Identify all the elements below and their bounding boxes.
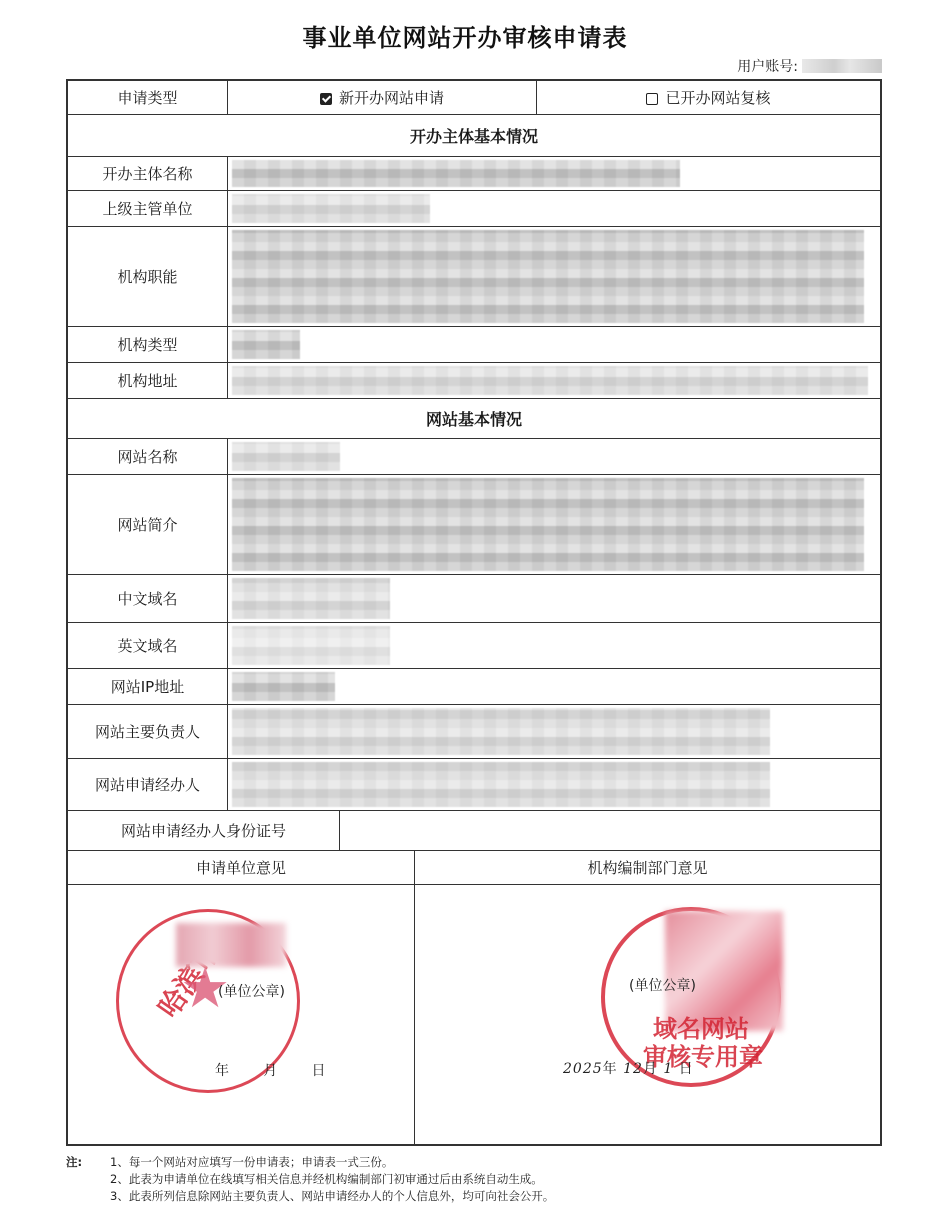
field-value-org-type bbox=[228, 327, 880, 362]
field-value-entity-name bbox=[228, 157, 880, 190]
section-header-website: 网站基本情况 bbox=[68, 399, 880, 439]
field-row: 网站主要负责人 bbox=[68, 705, 880, 759]
field-label-website-lead: 网站主要负责人 bbox=[68, 705, 228, 758]
field-label-entity-name: 开办主体名称 bbox=[68, 157, 228, 190]
field-row: 网站简介 bbox=[68, 475, 880, 575]
field-label-website-handler: 网站申请经办人 bbox=[68, 759, 228, 810]
application-type-row: 申请类型 新开办网站申请 已开办网站复核 bbox=[68, 81, 880, 115]
footnotes-lead: 注: bbox=[66, 1154, 82, 1171]
year-label: 年 bbox=[215, 1063, 231, 1079]
id-number-row: 网站申请经办人身份证号 bbox=[68, 811, 880, 851]
field-label-website-name: 网站名称 bbox=[68, 439, 228, 474]
month-label: 月 bbox=[263, 1063, 279, 1079]
handwritten-year: 2025 bbox=[563, 1061, 603, 1077]
applicant-opinion: 申请单位意见 哈滨市 ★ (单位公章) 年 月 日 bbox=[68, 851, 415, 1144]
field-label-chinese-domain: 中文域名 bbox=[68, 575, 228, 622]
month-label: 月 bbox=[643, 1061, 658, 1077]
user-account: 用户账号: bbox=[737, 56, 882, 76]
field-value-english-domain bbox=[228, 623, 880, 668]
day-label: 日 bbox=[312, 1063, 328, 1079]
authority-date: 2025年 12月 1 日 bbox=[563, 1058, 694, 1078]
field-value-website-name bbox=[228, 439, 880, 474]
field-value-id-number bbox=[340, 811, 880, 850]
field-row: 机构类型 bbox=[68, 327, 880, 363]
opinions-section: 申请单位意见 哈滨市 ★ (单位公章) 年 月 日 机构编制部门意见 (单位公章… bbox=[68, 851, 880, 1144]
footnote-item: 3、此表所列信息除网站主要负责人、网站申请经办人的个人信息外，均可向社会公开。 bbox=[110, 1188, 554, 1205]
authority-opinion-header: 机构编制部门意见 bbox=[415, 851, 880, 885]
field-label-address: 机构地址 bbox=[68, 363, 228, 398]
field-label-website-intro: 网站简介 bbox=[68, 475, 228, 574]
field-label-supervisor: 上级主管单位 bbox=[68, 191, 228, 226]
section-title-website: 网站基本情况 bbox=[68, 399, 880, 438]
field-row: 网站IP地址 bbox=[68, 669, 880, 705]
applicant-opinion-header: 申请单位意见 bbox=[68, 851, 414, 885]
day-label: 日 bbox=[679, 1061, 694, 1077]
field-value-website-intro bbox=[228, 475, 880, 574]
user-account-label: 用户账号: bbox=[737, 56, 798, 76]
field-value-supervisor bbox=[228, 191, 880, 226]
field-row: 机构地址 bbox=[68, 363, 880, 399]
year-label: 年 bbox=[603, 1061, 618, 1077]
authority-seal-label: (单位公章) bbox=[629, 975, 696, 995]
application-type-label: 申请类型 bbox=[68, 81, 228, 114]
field-value-address bbox=[228, 363, 880, 398]
field-value-ip-address bbox=[228, 669, 880, 704]
field-row: 网站申请经办人 bbox=[68, 759, 880, 811]
field-label-org-type: 机构类型 bbox=[68, 327, 228, 362]
form-title: 事业单位网站开办审核申请表 bbox=[0, 18, 930, 53]
footnotes: 注: 1、每一个网站对应填写一份申请表；申请表一式三份。 2、此表为申请单位在线… bbox=[66, 1154, 554, 1205]
field-label-english-domain: 英文域名 bbox=[68, 623, 228, 668]
user-account-value-redacted bbox=[802, 59, 882, 73]
option-review-website[interactable]: 已开办网站复核 bbox=[537, 81, 880, 114]
stamp-redacted bbox=[176, 923, 286, 967]
checkbox-checked-icon[interactable] bbox=[320, 93, 332, 105]
checkbox-unchecked-icon[interactable] bbox=[646, 93, 658, 105]
option-new-website-label: 新开办网站申请 bbox=[339, 87, 444, 108]
application-form: 申请类型 新开办网站申请 已开办网站复核 开办主体基本情况 开办主体名称 上级主… bbox=[66, 79, 882, 1146]
field-value-website-handler bbox=[228, 759, 880, 810]
field-label-id-number: 网站申请经办人身份证号 bbox=[68, 811, 340, 850]
field-label-functions: 机构职能 bbox=[68, 227, 228, 326]
section-title-entity: 开办主体基本情况 bbox=[68, 115, 880, 156]
handwritten-month: 12 bbox=[623, 1061, 643, 1077]
field-value-chinese-domain bbox=[228, 575, 880, 622]
field-label-ip-address: 网站IP地址 bbox=[68, 669, 228, 704]
footnote-item: 2、此表为申请单位在线填写相关信息并经机构编制部门初审通过后由系统自动生成。 bbox=[110, 1171, 554, 1188]
footnote-item: 1、每一个网站对应填写一份申请表；申请表一式三份。 bbox=[110, 1154, 554, 1171]
field-row: 上级主管单位 bbox=[68, 191, 880, 227]
field-row: 中文域名 bbox=[68, 575, 880, 623]
handwritten-day: 1 bbox=[663, 1061, 673, 1077]
field-row: 网站名称 bbox=[68, 439, 880, 475]
field-row: 开办主体名称 bbox=[68, 157, 880, 191]
applicant-seal-label: (单位公章) bbox=[218, 981, 285, 1001]
applicant-date: 年 月 日 bbox=[215, 1060, 328, 1080]
option-review-website-label: 已开办网站复核 bbox=[665, 87, 770, 108]
field-value-functions bbox=[228, 227, 880, 326]
field-row: 英文域名 bbox=[68, 623, 880, 669]
authority-opinion: 机构编制部门意见 (单位公章) 域名网站 审核专用章 2025年 12月 1 日 bbox=[415, 851, 880, 1144]
option-new-website[interactable]: 新开办网站申请 bbox=[228, 81, 537, 114]
section-header-entity: 开办主体基本情况 bbox=[68, 115, 880, 157]
field-value-website-lead bbox=[228, 705, 880, 758]
field-row: 机构职能 bbox=[68, 227, 880, 327]
